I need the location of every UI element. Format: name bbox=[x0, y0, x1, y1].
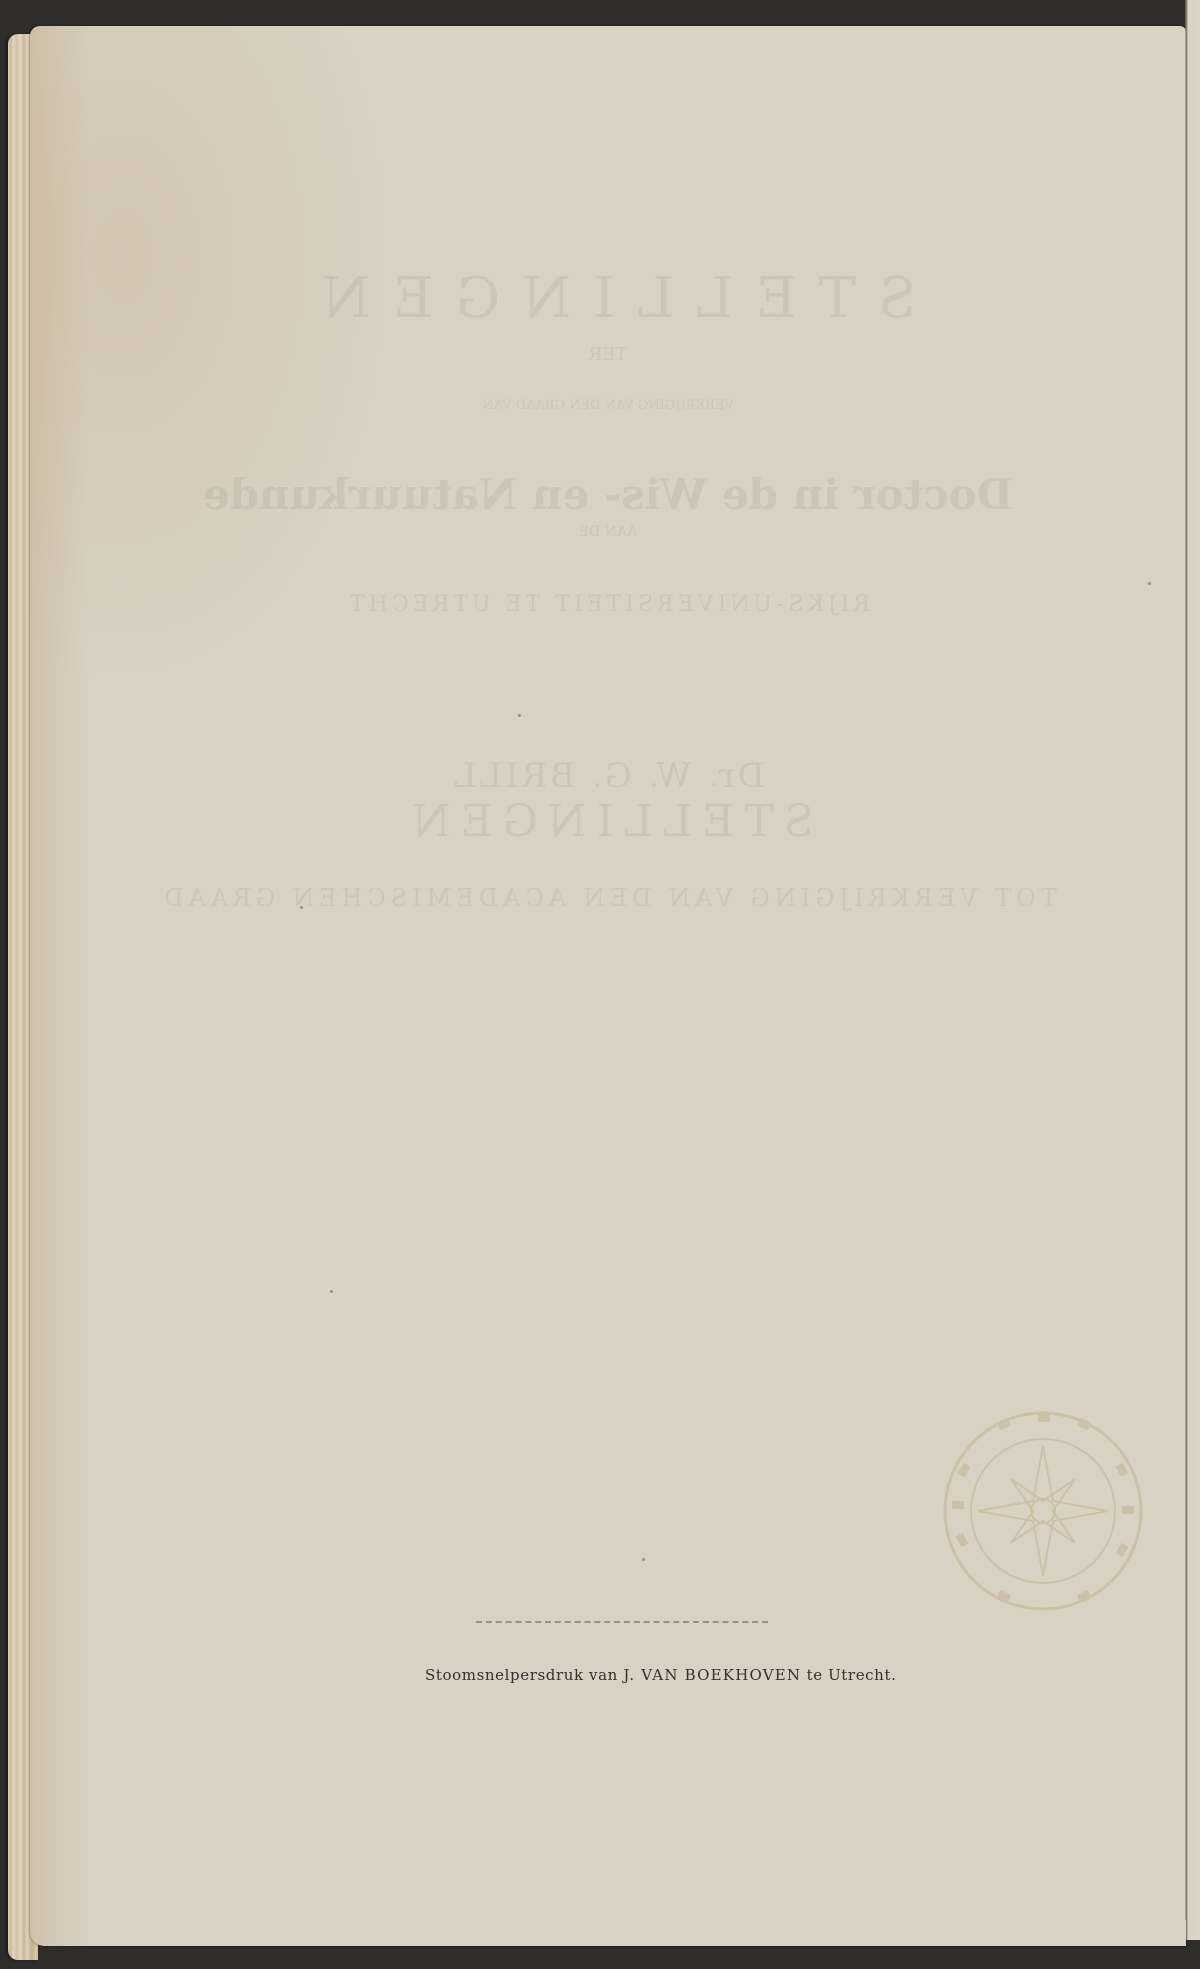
book-page: STELLINGEN TER VERKRIJGING VAN DEN GRAAD… bbox=[30, 26, 1186, 1946]
bleed-through-line: Dr. W. G. BRILL bbox=[30, 756, 1186, 796]
printer-imprint: Stoomsnelpersdruk van J. VAN BOEKHOVEN t… bbox=[425, 1666, 1025, 1684]
bleed-through-line: VERKRIJGING VAN DEN GRAAD VAN bbox=[30, 398, 1186, 413]
facing-page-edge bbox=[1186, 0, 1200, 1940]
paper-speck bbox=[518, 714, 521, 717]
paper-speck bbox=[642, 1558, 645, 1561]
dashed-rule bbox=[476, 1621, 768, 1623]
bleed-through-line: TOT VERKRIJGING VAN DEN ACADEMISCHEN GRA… bbox=[30, 884, 1186, 912]
paper-speck bbox=[1148, 582, 1151, 585]
bleed-through-line: RIJKS-UNIVERSITEIT TE UTRECHT bbox=[30, 592, 1186, 617]
paper-speck bbox=[330, 1290, 333, 1293]
bleed-through-line: STELLINGEN bbox=[30, 266, 1186, 331]
library-stamp-icon bbox=[938, 1406, 1148, 1616]
scanned-page-view: STELLINGEN TER VERKRIJGING VAN DEN GRAAD… bbox=[0, 0, 1200, 1969]
bleed-through-line: TER bbox=[30, 344, 1186, 365]
paper-speck bbox=[300, 906, 303, 909]
imprint-printer-name: J. VAN BOEKHOVEN bbox=[623, 1666, 801, 1684]
bleed-through-line: Doctor in de Wis- en Natuurkunde bbox=[30, 470, 1186, 519]
imprint-prefix: Stoomsnelpersdruk van bbox=[425, 1666, 618, 1684]
bleed-through-line: AAN DE bbox=[30, 524, 1186, 540]
imprint-suffix: te Utrecht. bbox=[807, 1666, 897, 1684]
bleed-through-line: STELLINGEN bbox=[30, 796, 1186, 847]
